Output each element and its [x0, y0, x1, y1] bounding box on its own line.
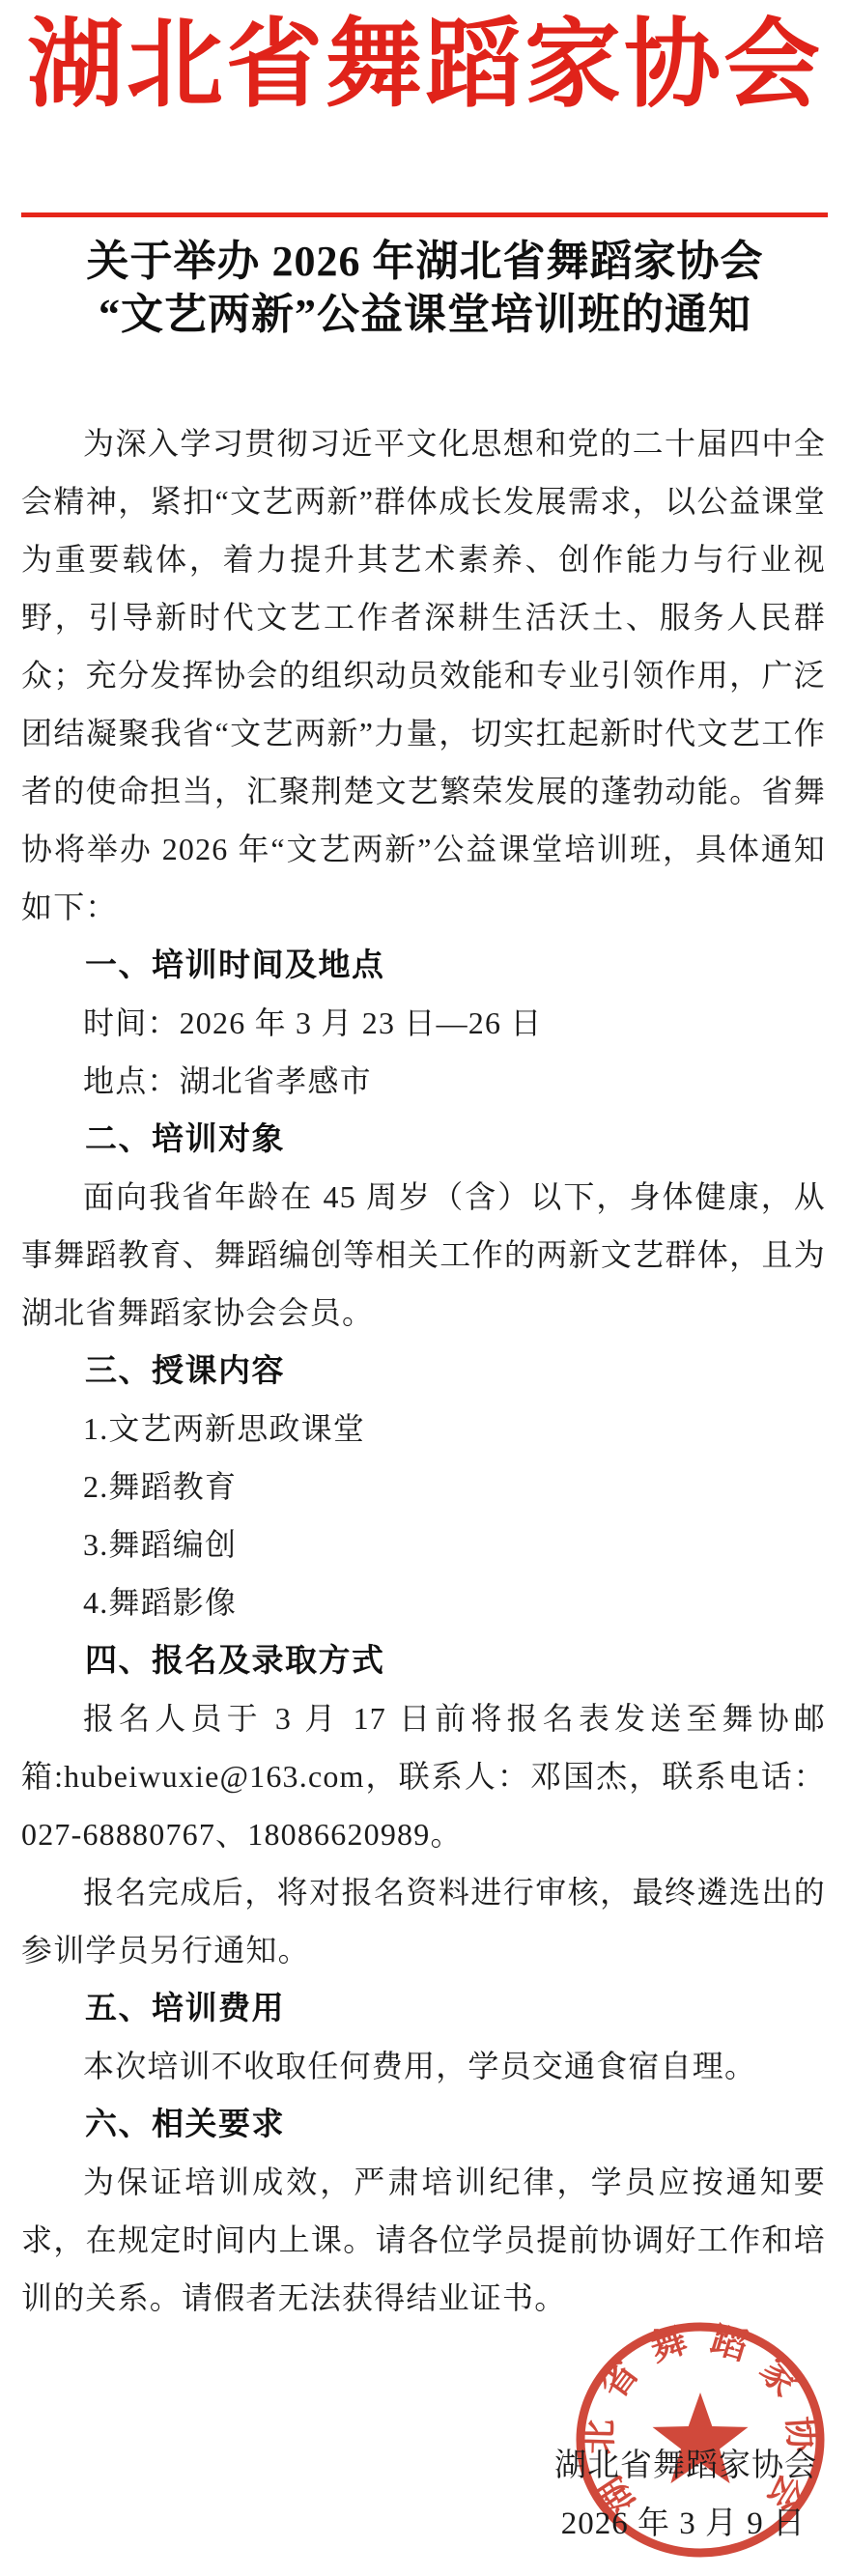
- section-1-heading: 一、培训时间及地点: [21, 936, 826, 994]
- doc-title: 关于举办 2026 年湖北省舞蹈家协会 “文艺两新”公益课堂培训班的通知: [0, 235, 850, 341]
- section-2-paragraph: 面向我省年龄在 45 周岁（含）以下，身体健康，从事舞蹈教育、舞蹈编创等相关工作…: [21, 1168, 826, 1342]
- review-paragraph: 报名完成后，将对报名资料进行审核，最终遴选出的参训学员另行通知。: [21, 1863, 826, 1979]
- section-2-heading: 二、培训对象: [21, 1110, 826, 1168]
- notice-body: 为深入学习贯彻习近平文化思想和党的二十届四中全会精神，紧扣“文艺两新”群体成长发…: [21, 414, 826, 2327]
- doc-title-line2: “文艺两新”公益课堂培训班的通知: [0, 288, 850, 341]
- signature-block: 湖北省舞蹈家协会 2026 年 3 月 9 日: [0, 2437, 850, 2553]
- section-6-heading: 六、相关要求: [21, 2095, 826, 2153]
- fee-paragraph: 本次培训不收取任何费用，学员交通食宿自理。: [21, 2037, 826, 2095]
- course-item-1: 1.文艺两新思政课堂: [21, 1400, 826, 1458]
- requirements-paragraph: 为保证培训成效，严肃培训纪律，学员应按通知要求，在规定时间内上课。请各位学员提前…: [21, 2153, 826, 2327]
- signature-org: 湖北省舞蹈家协会: [0, 2437, 850, 2495]
- registration-paragraph: 报名人员于 3 月 17 日前将报名表发送至舞协邮箱:hubeiwuxie@16…: [21, 1689, 826, 1863]
- course-item-2: 2.舞蹈教育: [21, 1458, 826, 1515]
- section-3-heading: 三、授课内容: [21, 1342, 826, 1400]
- red-divider: [21, 212, 828, 217]
- section-5-heading: 五、培训费用: [21, 1979, 826, 2037]
- signature-date: 2026 年 3 月 9 日: [0, 2495, 850, 2553]
- org-title: 湖北省舞蹈家协会: [0, 0, 850, 126]
- doc-title-line1: 关于举办 2026 年湖北省舞蹈家协会: [0, 235, 850, 288]
- training-time-line: 时间：2026 年 3 月 23 日—26 日: [21, 994, 826, 1052]
- course-item-4: 4.舞蹈影像: [21, 1573, 826, 1631]
- training-location-line: 地点：湖北省孝感市: [21, 1052, 826, 1110]
- section-4-heading: 四、报名及录取方式: [21, 1631, 826, 1689]
- intro-paragraph: 为深入学习贯彻习近平文化思想和党的二十届四中全会精神，紧扣“文艺两新”群体成长发…: [21, 414, 826, 936]
- course-item-3: 3.舞蹈编创: [21, 1515, 826, 1573]
- notice-page: 湖北省舞蹈家协会 关于举办 2026 年湖北省舞蹈家协会 “文艺两新”公益课堂培…: [0, 0, 850, 2576]
